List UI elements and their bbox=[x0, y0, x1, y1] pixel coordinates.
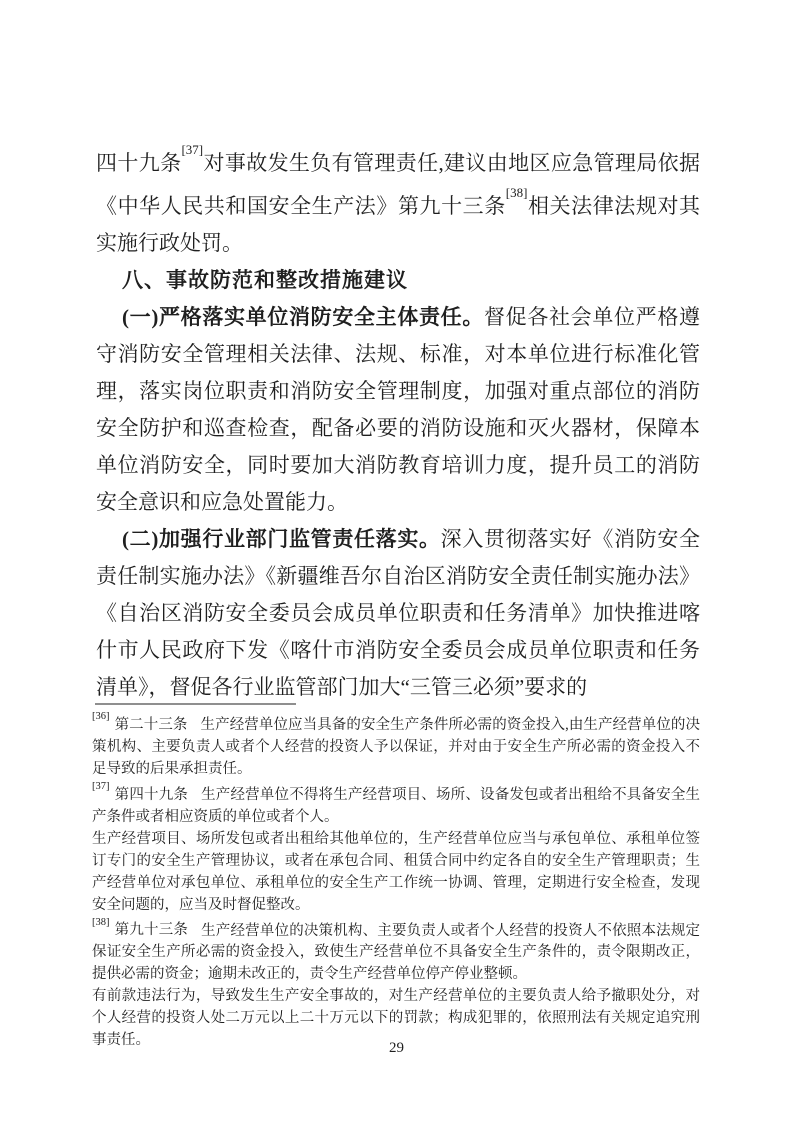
footnote-36-term: 第二十三条 bbox=[115, 717, 188, 733]
section-heading: 八、事故防范和整改措施建议 bbox=[96, 262, 700, 299]
subsection-1-paragraph: (一)严格落实单位消防安全主体责任。督促各社会单位严格遵守消防安全管理相关法律、… bbox=[96, 299, 700, 521]
subsection-2-paragraph: (二)加强行业部门监管责任落实。深入贯彻落实好《消防安全责任制实施办法》《新疆维… bbox=[96, 521, 700, 706]
footnote-37-paragraph-2: 生产经营项目、场所发包或者出租给其他单位的，生产经营单位应当与承包单位、承租单位… bbox=[92, 828, 700, 916]
footnote-ref-37: [37] bbox=[181, 142, 203, 157]
footnotes-section: [36]第二十三条生产经营单位应当具备的安全生产条件所必需的资金投入,由生产经营… bbox=[92, 703, 700, 1051]
footnote-36-paragraph: [36]第二十三条生产经营单位应当具备的安全生产条件所必需的资金投入,由生产经营… bbox=[92, 710, 700, 780]
document-page: 四十九条[37]对事故发生负有管理责任,建议由地区应急管理局依据《中华人民共和国… bbox=[0, 0, 793, 1122]
footnote-36: [36]第二十三条生产经营单位应当具备的安全生产条件所必需的资金投入,由生产经营… bbox=[92, 710, 700, 780]
page-number: 29 bbox=[0, 1038, 793, 1058]
continuation-text-start: 四十九条 bbox=[96, 151, 181, 175]
footnote-37: [37]第四十九条生产经营单位不得将生产经营项目、场所、设备发包或者出租给不具备… bbox=[92, 780, 700, 916]
page-body: 四十九条[37]对事故发生负有管理责任,建议由地区应急管理局依据《中华人民共和国… bbox=[96, 139, 700, 706]
footnote-37-term: 第四十九条 bbox=[115, 787, 189, 803]
footnote-ref-38: [38] bbox=[506, 185, 528, 200]
footnote-38-marker: [38] bbox=[92, 917, 110, 928]
subsection-2-lead: (二)加强行业部门监管责任落实。 bbox=[122, 527, 441, 551]
footnote-37-marker: [37] bbox=[92, 781, 110, 792]
subsection-1-lead: (一)严格落实单位消防安全主体责任。 bbox=[122, 305, 484, 329]
footnote-38-term: 第九十三条 bbox=[115, 922, 189, 938]
footnote-separator-line bbox=[95, 703, 296, 705]
subsection-2-text: 深入贯彻落实好《消防安全责任制实施办法》《新疆维吾尔自治区消防安全责任制实施办法… bbox=[96, 527, 700, 699]
footnote-38-paragraph-1: [38]第九十三条生产经营单位的决策机构、主要负责人或者个人经营的投资人不依照本… bbox=[92, 916, 700, 986]
footnote-38: [38]第九十三条生产经营单位的决策机构、主要负责人或者个人经营的投资人不依照本… bbox=[92, 916, 700, 1052]
footnote-36-marker: [36] bbox=[92, 711, 110, 722]
body-paragraph-continuation: 四十九条[37]对事故发生负有管理责任,建议由地区应急管理局依据《中华人民共和国… bbox=[96, 139, 700, 262]
subsection-1-text: 督促各社会单位严格遵守消防安全管理相关法律、法规、标准，对本单位进行标准化管理，… bbox=[96, 305, 700, 514]
footnote-37-paragraph-1: [37]第四十九条生产经营单位不得将生产经营项目、场所、设备发包或者出租给不具备… bbox=[92, 780, 700, 828]
